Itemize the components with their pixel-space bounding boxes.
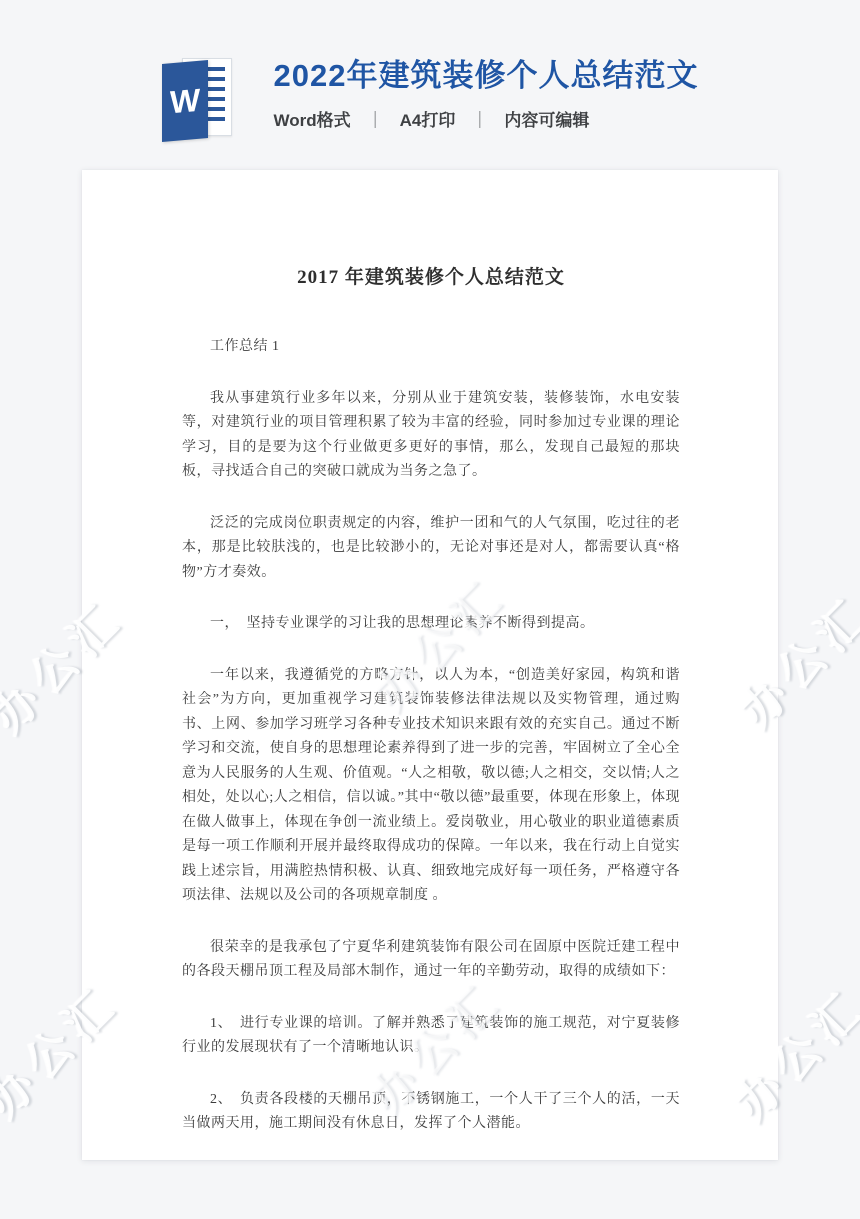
word-file-icon: W xyxy=(162,54,234,146)
doc-paragraph-item-1: 1、 进行专业课的培训。了解并熟悉了建筑装饰的施工规范，对宁夏装修行业的发展现状… xyxy=(182,1012,680,1061)
doc-paragraph: 一年以来，我遵循党的方略方针，以人为本，“创造美好家园，构筑和谐社会”为方向，更… xyxy=(182,664,680,909)
page-title: 2022年建筑装修个人总结范文 xyxy=(274,58,699,94)
document-title: 2017 年建筑装修个人总结范文 xyxy=(182,262,680,289)
feature-a4-print: A4打印 xyxy=(400,106,456,131)
feature-word-format: Word格式 xyxy=(274,106,351,131)
document-preview-page: 2017 年建筑装修个人总结范文 工作总结 1 我从事建筑行业多年以来，分别从业… xyxy=(82,170,778,1160)
doc-paragraph: 泛泛的完成岗位职责规定的内容，维护一团和气的人气氛围，吃过往的老本，那是比较肤浅… xyxy=(182,512,680,586)
word-icon-letter: W xyxy=(169,84,199,119)
separator: ｜ xyxy=(367,106,384,131)
feature-editable: 内容可编辑 xyxy=(504,106,589,131)
site-header: W 2022年建筑装修个人总结范文 Word格式 ｜ A4打印 ｜ 内容可编辑 xyxy=(0,0,860,170)
doc-paragraph-label: 工作总结 1 xyxy=(182,335,680,360)
doc-paragraph-heading: 一， 坚持专业课学的习让我的思想理论素养不断得到提高。 xyxy=(182,612,680,637)
doc-paragraph: 很荣幸的是我承包了宁夏华利建筑装饰有限公司在固原中医院迁建工程中的各段天棚吊顶工… xyxy=(182,936,680,985)
feature-list: Word格式 ｜ A4打印 ｜ 内容可编辑 xyxy=(274,106,699,131)
doc-paragraph-item-2: 2、 负责各段楼的天棚吊顶，不锈钢施工，一个人干了三个人的活，一天当做两天用，施… xyxy=(182,1088,680,1137)
word-icon-panel: W xyxy=(162,60,208,142)
doc-paragraph: 我从事建筑行业多年以来，分别从业于建筑安装，装修装饰，水电安装等，对建筑行业的项… xyxy=(182,387,680,485)
separator: ｜ xyxy=(471,106,488,131)
header-text-block: 2022年建筑装修个人总结范文 Word格式 ｜ A4打印 ｜ 内容可编辑 xyxy=(274,52,699,131)
